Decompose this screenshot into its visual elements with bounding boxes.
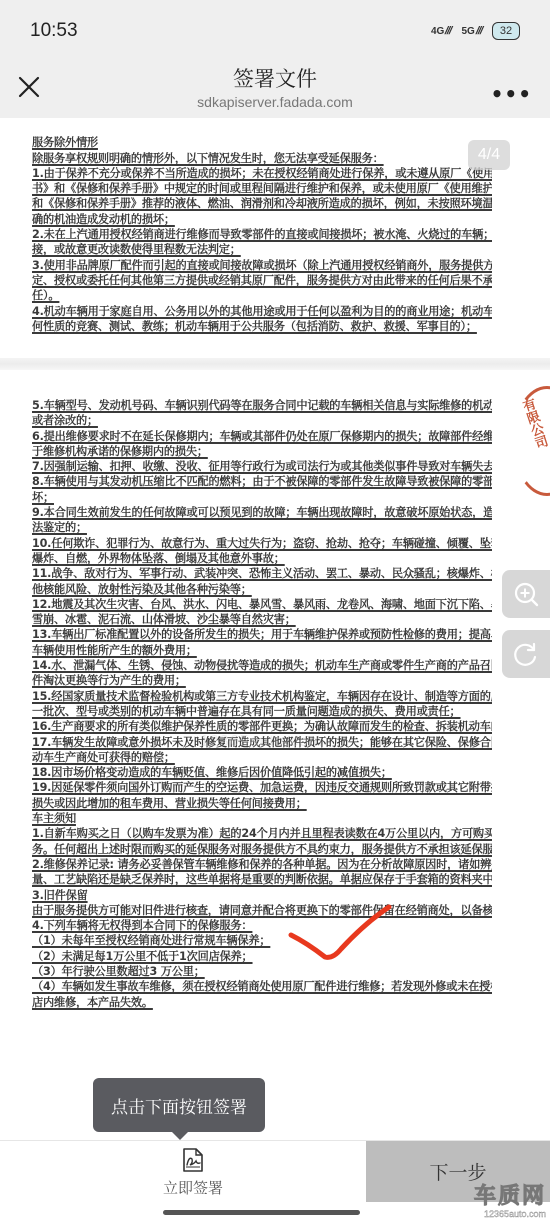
page-url: sdkapiserver.fadada.com	[0, 94, 550, 110]
sign-now-button[interactable]: 立即签署	[148, 1147, 238, 1203]
document-text-line: 何性质的竞赛、测试、教练；机动车辆用于公共服务（包括消防、救护、救援、军事目的）…	[32, 319, 492, 334]
more-icon: •••	[491, 82, 532, 106]
document-text-line	[32, 120, 492, 135]
document-text-line: 2.维修保养记录: 请务必妥善保管车辆维修和保养的各种单据。因为在分析故障原因时…	[32, 857, 492, 872]
status-bar: 10:53 4G/// 5G/// 32	[0, 0, 550, 60]
page-indicator: 4/4	[468, 140, 510, 170]
checkmark-annotation-icon	[285, 903, 395, 963]
page-title: 签署文件	[0, 63, 550, 93]
document-text-line: 7.因强制运输、扣押、收缴、没收、征用等行政行为或司法行为或其他类似事件导致对车…	[32, 459, 492, 474]
document-text-line: 或者涂改的；	[32, 413, 492, 428]
watermark-logo-sub: 12365auto.com	[440, 1209, 550, 1219]
watermark-logo-main: 车质网	[440, 1185, 550, 1209]
document-text-line: 4.下列车辆将无权得到本合同下的保修服务：	[32, 918, 492, 933]
document-text-line: 任）。	[32, 288, 492, 303]
status-icons: 4G/// 5G/// 32	[431, 22, 520, 40]
zoom-in-button[interactable]	[502, 570, 550, 618]
document-text-line: 18.因市场价格变动造成的车辆贬值、维修后因价值降低引起的减值损失；	[32, 765, 492, 780]
more-button[interactable]: •••	[491, 82, 532, 106]
document-text-line: 件淘汰更换等行为产生的费用；	[32, 673, 492, 688]
document-text-line: 接，或故意更改读数使得里程数无法判定；	[32, 242, 492, 257]
document-text-line: 确的机油造成发动机的损坏；	[32, 212, 492, 227]
document-text-line: （4）车辆如发生事故车维修，须在授权经销商处使用原厂配件进行维修；若发现外修或未…	[32, 979, 492, 994]
page-divider	[0, 358, 550, 370]
document-text-line: 一批次、型号或类别的机动车辆中普遍存在具有同一质量问题造成的损失、费用或责任；	[32, 704, 492, 719]
document-text-line: 量、工艺缺陷还是缺乏保养时，这些单据将是重要的判断依据。单据应保存于手套箱的资料…	[32, 872, 492, 887]
document-text-line: 他核能风险、放射性污染及其他各种污染等；	[32, 582, 492, 597]
document-text-line: 定、授权或委托任何其他第三方提供或经销其原厂配件，服务提供方对由此带来的任何后果…	[32, 273, 492, 288]
zoom-in-icon	[512, 580, 540, 608]
document-text-line: 店内维修，本产品失效。	[32, 995, 492, 1010]
document-text-line: 5.车辆型号、发动机号码、车辆识别代码等在服务合同中记载的车辆相关信息与实际维修…	[32, 398, 492, 413]
signal-5g-icon: 5G///	[461, 25, 482, 37]
signature-document-icon	[180, 1147, 206, 1173]
document-text-line: 书》和《保修和保养手册》中规定的时间或里程间隔进行维护和保养，或未使用原厂《使用…	[32, 181, 492, 196]
document-text-line: 19.因延保零件须向国外订购而产生的空运费、加急运费，因违反交通规则所致罚款或其…	[32, 780, 492, 795]
page-1-text: 服务除外情形除服务享权规则明确的情形外，以下情况发生时，您无法享受延保服务：1.…	[32, 120, 492, 334]
document-text-line: 法鉴定的；	[32, 520, 492, 535]
watermark-text: 12365auto.com	[200, 733, 323, 751]
document-text-line: 1.自新车购买之日（以购车发票为准）起的24个月内并且里程表读数在4万公里以内，…	[32, 826, 492, 841]
document-text-line: 4.机动车辆用于家庭自用、公务用以外的其他用途或用于任何以盈利为目的的商业用途；…	[32, 304, 492, 319]
document-text-line: 动车生产商处可获得的赔偿；	[32, 750, 492, 765]
home-indicator[interactable]	[163, 1210, 360, 1215]
document-text-line: 9.本合同生效前发生的任何故障或可以预见到的故障；车辆出现故障时，故意破坏原始状…	[32, 505, 492, 520]
document-text-line: 和《保修和保养手册》推荐的液体、燃油、润滑剂和冷却液所造成的损坏，例如，未按照环…	[32, 196, 492, 211]
document-viewer[interactable]: 服务除外情形除服务享权规则明确的情形外，以下情况发生时，您无法享受延保服务：1.…	[0, 118, 550, 1140]
document-text-line: 爆炸、自燃，外界物体坠落、倒塌及其他意外事故；	[32, 551, 492, 566]
document-text-line: 车主须知	[32, 811, 492, 826]
document-text-line: 雪崩、冰雹、泥石流、山体滑坡、沙尘暴等自然灾害；	[32, 612, 492, 627]
document-page-2: 5.车辆型号、发动机号码、车辆识别代码等在服务合同中记载的车辆相关信息与实际维修…	[0, 370, 550, 1140]
document-text-line: 12.地震及其次生灾害、台风、洪水、闪电、暴风雪、暴风雨、龙卷风、海啸、地面下沉…	[32, 597, 492, 612]
document-text-line: 11.战争、敌对行为、军事行动、武装冲突、恐怖主义活动、罢工、暴动、民众骚乱；核…	[32, 566, 492, 581]
document-text-line: 坏；	[32, 490, 492, 505]
page-2-text: 5.车辆型号、发动机号码、车辆识别代码等在服务合同中记载的车辆相关信息与实际维修…	[32, 398, 492, 1010]
document-text-line: 13.车辆出厂标准配置以外的设备所发生的损失；用于车辆维护保养或预防性检修的费用…	[32, 627, 492, 642]
document-text-line: 6.提出维修要求时不在延长保修期内；车辆或其部件仍处在原厂保修期内的损失；故障部…	[32, 429, 492, 444]
sign-hint-tooltip: 点击下面按钮签署	[93, 1078, 265, 1132]
status-time: 10:53	[30, 20, 78, 42]
battery-icon: 32	[492, 22, 520, 40]
document-text-line: （2）未满足每1万公里不低于1次回店保养；	[32, 949, 492, 964]
document-text-line: 由于服务提供方可能对旧件进行核查，请同意并配合将更换下的零部件保留在经销商处，以…	[32, 903, 492, 918]
document-text-line: 除服务享权规则明确的情形外，以下情况发生时，您无法享受延保服务：	[32, 151, 492, 166]
document-text-line: （1）未每年至授权经销商处进行常规车辆保养；	[32, 933, 492, 948]
signal-4g-icon: 4G///	[431, 25, 452, 37]
document-text-line: 车辆使用性能所产生的额外费用；	[32, 643, 492, 658]
document-text-line: 2.未在上汽通用授权经销商进行维修而导致零部件的直接或间接损坏；被水淹、火烧过的…	[32, 227, 492, 242]
document-text-line: 8.车辆使用与其发动机压缩比不匹配的燃料；由于不被保障的零部件发生故障导致被保障…	[32, 474, 492, 489]
document-text-line: 服务除外情形	[32, 135, 492, 150]
document-text-line: 于维修机构承诺的保修期内的损失；	[32, 444, 492, 459]
document-text-line: （3）年行驶公里数超过3 万公里；	[32, 964, 492, 979]
document-text-line: 损失或因此增加的租车费用、营业损失等任何间接费用；	[32, 796, 492, 811]
document-text-line: 1.由于保养不充分或保养不当所造成的损坏；未在授权经销商处进行保养，或未遵从原厂…	[32, 166, 492, 181]
rotate-button[interactable]	[502, 630, 550, 678]
rotate-icon	[512, 640, 540, 668]
document-text-line: 3.使用非品牌原厂配件而引起的直接或间接故障或损坏（除上汽通用授权经销商外，服务…	[32, 258, 492, 273]
nav-bar: 签署文件 sdkapiserver.fadada.com •••	[0, 60, 550, 118]
document-text-line: 务。任何超出上述时限而购买的延保服务对服务提供方不具约束力，服务提供方不承担该延…	[32, 842, 492, 857]
document-text-line: 10.任何欺诈、犯罪行为、故意行为、重大过失行为；盗窃、抢劫、抢夺；车辆碰撞、倾…	[32, 536, 492, 551]
sign-now-label: 立即签署	[163, 1177, 223, 1198]
document-text-line: 15.经国家质量技术监督检验机构或第三方专业技术机构鉴定，车辆因存在设计、制造等…	[32, 689, 492, 704]
document-text-line: 14.水、泄漏气体、生锈、侵蚀、动物侵扰等造成的损失；机动车生产商或零件生产商的…	[32, 658, 492, 673]
document-text-line: 3.旧件保留	[32, 888, 492, 903]
watermark-logo: 车质网 12365auto.com	[440, 1185, 550, 1223]
